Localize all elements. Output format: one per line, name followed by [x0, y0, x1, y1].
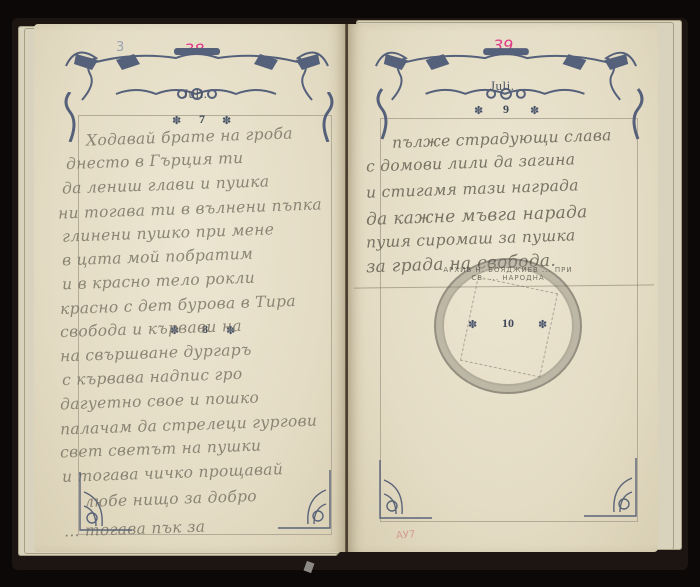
left-bottom-right-corner-ornament-icon [276, 470, 332, 530]
rosette-icon: ✽ [538, 318, 547, 331]
right-day-number-top: 9 [503, 102, 509, 117]
archive-stamp-text: АРХИВ Н. БОЯДЖИЕВ ... ПРИ СВ. ... НАРОДН… [436, 266, 580, 282]
rosette-icon: ✽ [222, 114, 231, 127]
right-month-header: Juli. [490, 78, 515, 94]
right-bottom-left-corner-ornament-icon [378, 460, 434, 520]
left-bottom-left-corner-ornament-icon [78, 472, 134, 532]
rosette-icon: ✽ [530, 104, 539, 117]
right-bottom-right-corner-ornament-icon [582, 458, 638, 518]
inventory-mark: АУ7 [396, 529, 416, 541]
right-header-scroll-right-icon [628, 88, 648, 140]
torn-paper-fragment [304, 561, 315, 573]
right-header-ornament-icon [366, 36, 646, 106]
rosette-icon: ✽ [474, 104, 483, 117]
rosette-icon: ✽ [468, 318, 477, 331]
left-header-scroll-right-icon [318, 92, 338, 142]
right-day-number-middle: 10 [502, 316, 514, 331]
left-day-number-top: 7 [199, 112, 205, 127]
right-header-scroll-left-icon [372, 88, 392, 140]
rosette-icon: ✽ [172, 114, 181, 127]
left-month-header: Juli. [183, 86, 208, 102]
left-header-scroll-left-icon [60, 92, 80, 142]
